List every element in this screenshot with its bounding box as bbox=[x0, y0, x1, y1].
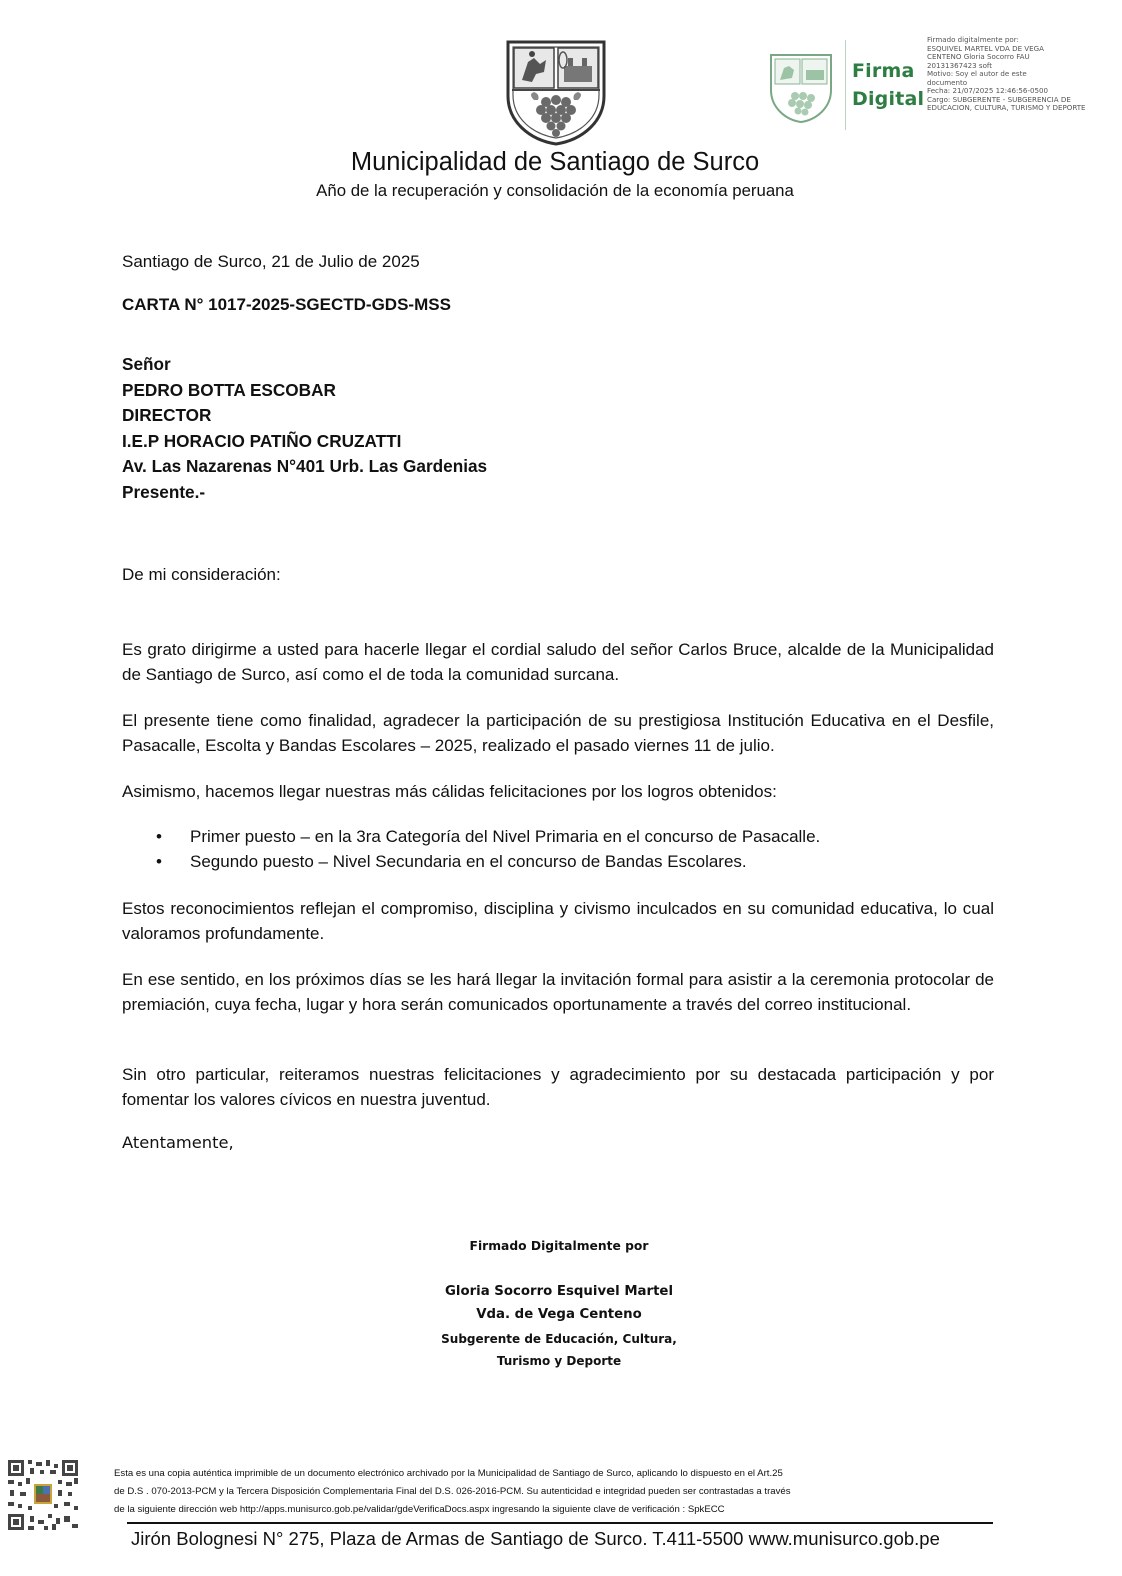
signature-label: Firmado Digitalmente por bbox=[0, 1239, 1118, 1253]
closing: Atentamente, bbox=[122, 1133, 234, 1152]
paragraph-congratulations: Asimismo, hacemos llegar nuestras más cá… bbox=[122, 779, 994, 804]
addressee-block: Señor PEDRO BOTTA ESCOBAR DIRECTOR I.E.P… bbox=[122, 352, 487, 505]
firma-digital-word-2: Digital bbox=[852, 88, 924, 110]
signer-name-line-2: Vda. de Vega Centeno bbox=[0, 1307, 1118, 1322]
addressee-presente: Presente.- bbox=[122, 480, 487, 506]
year-motto: Año de la recuperación y consolidación d… bbox=[0, 181, 1110, 201]
footer-divider bbox=[127, 1522, 993, 1524]
achievement-text: Segundo puesto – Nivel Secundaria en el … bbox=[190, 852, 747, 871]
paragraph-invitation: En ese sentido, en los próximos días se … bbox=[122, 967, 994, 1017]
authenticity-line-3: de la siguiente dirección web http://app… bbox=[114, 1501, 791, 1519]
firma-digital-word-1: Firma bbox=[852, 60, 914, 82]
bullet-icon: • bbox=[156, 849, 162, 874]
paragraph-closing-remarks: Sin otro particular, reiteramos nuestras… bbox=[122, 1062, 994, 1112]
authenticity-line-2: de D.S . 070-2013-PCM y la Tercera Dispo… bbox=[114, 1483, 791, 1501]
list-item: • Primer puesto – en la 3ra Categoría de… bbox=[122, 824, 820, 849]
addressee-salutation: Señor bbox=[122, 352, 487, 378]
bullet-icon: • bbox=[156, 824, 162, 849]
verification-qr-code-icon[interactable] bbox=[6, 1458, 80, 1532]
organization-title: Municipalidad de Santiago de Surco bbox=[0, 148, 1110, 177]
addressee-name: PEDRO BOTTA ESCOBAR bbox=[122, 378, 487, 404]
list-item: • Segundo puesto – Nivel Secundaria en e… bbox=[122, 849, 820, 874]
letter-reference: CARTA N° 1017-2025-SGECTD-GDS-MSS bbox=[122, 295, 451, 315]
greeting: De mi consideración: bbox=[122, 565, 281, 585]
footer-address: Jirón Bolognesi N° 275, Plaza de Armas d… bbox=[131, 1528, 940, 1550]
paragraph-greetings: Es grato dirigirme a usted para hacerle … bbox=[122, 637, 994, 687]
addressee-address: Av. Las Nazarenas N°401 Urb. Las Gardeni… bbox=[122, 454, 487, 480]
authenticity-notice: Esta es una copia auténtica imprimible d… bbox=[114, 1465, 791, 1519]
signer-role-line-2: Turismo y Deporte bbox=[0, 1354, 1118, 1368]
logo-divider bbox=[845, 40, 846, 130]
digital-signature-details: Firmado digitalmente por: ESQUIVEL MARTE… bbox=[927, 36, 1117, 113]
paragraph-recognition: Estos reconocimientos reflejan el compro… bbox=[122, 896, 994, 946]
signer-name-line-1: Gloria Socorro Esquivel Martel bbox=[0, 1284, 1118, 1299]
place-date: Santiago de Surco, 21 de Julio de 2025 bbox=[122, 252, 420, 272]
signer-role-line-1: Subgerente de Educación, Cultura, bbox=[0, 1332, 1118, 1346]
addressee-institution: I.E.P HORACIO PATIÑO CRUZATTI bbox=[122, 429, 487, 455]
addressee-title: DIRECTOR bbox=[122, 403, 487, 429]
paragraph-purpose: El presente tiene como finalidad, agrade… bbox=[122, 708, 994, 758]
authenticity-line-1: Esta es una copia auténtica imprimible d… bbox=[114, 1465, 791, 1483]
municipal-coat-of-arms-icon bbox=[504, 38, 608, 146]
achievement-text: Primer puesto – en la 3ra Categoría del … bbox=[190, 827, 820, 846]
firma-digital-logo-icon bbox=[768, 52, 834, 124]
achievements-list: • Primer puesto – en la 3ra Categoría de… bbox=[122, 824, 820, 874]
firma-digital-logo: Firma Digital bbox=[768, 40, 918, 130]
